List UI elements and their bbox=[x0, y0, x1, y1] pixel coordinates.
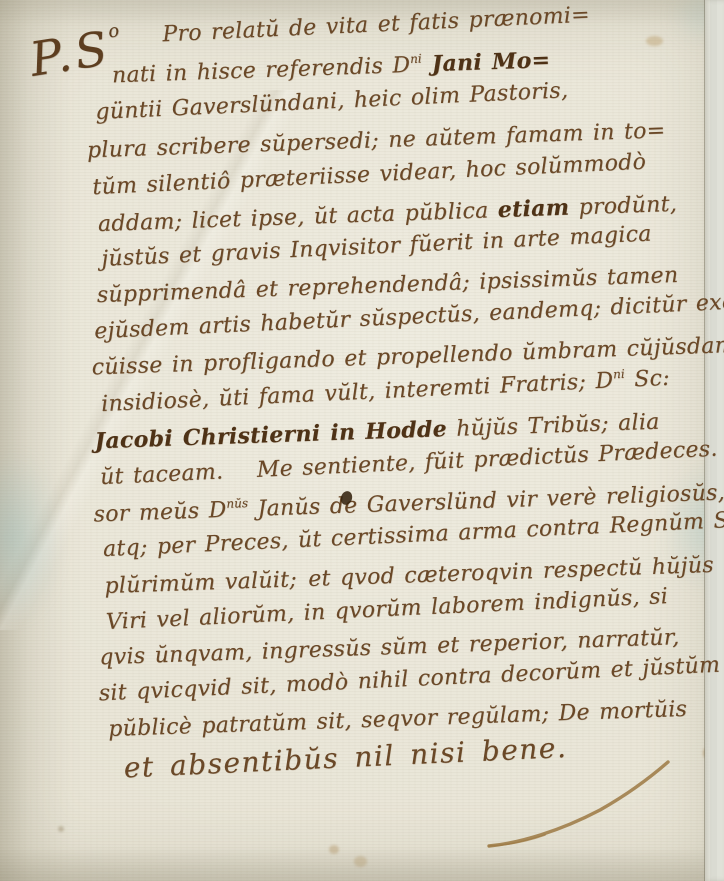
line-text-dark-ink: Jani Mo= bbox=[421, 47, 550, 77]
line-text: nati in hisce referendis D bbox=[112, 53, 411, 88]
manuscript-text-block: Pro relatŭ de vita et fatis prænomi= nat… bbox=[70, 0, 724, 845]
line-text: Sc: bbox=[624, 366, 670, 393]
paper-stain bbox=[58, 826, 64, 832]
line-text: sor meŭs D bbox=[93, 498, 227, 528]
paper-stain bbox=[354, 856, 367, 867]
line-text: hŭjŭs Tribŭs; alia bbox=[446, 410, 660, 442]
abbreviation-superscript: nŭs bbox=[226, 496, 248, 511]
abbreviation-superscript: ni bbox=[410, 52, 422, 66]
line-text-dark-ink: etiam bbox=[497, 195, 569, 223]
line-text-dark-ink: Jacobi Christierni in Hodde bbox=[94, 416, 447, 454]
manuscript-scan: P.So Pro relatŭ de vita et fatis prænomi… bbox=[0, 0, 724, 881]
manuscript-line: pŭblicè patratŭm sit, seqvor regŭlam; De… bbox=[108, 697, 688, 742]
line-text: prodŭnt, bbox=[569, 192, 678, 221]
paper-stain bbox=[329, 845, 339, 854]
abbreviation-superscript: ni bbox=[613, 367, 625, 382]
